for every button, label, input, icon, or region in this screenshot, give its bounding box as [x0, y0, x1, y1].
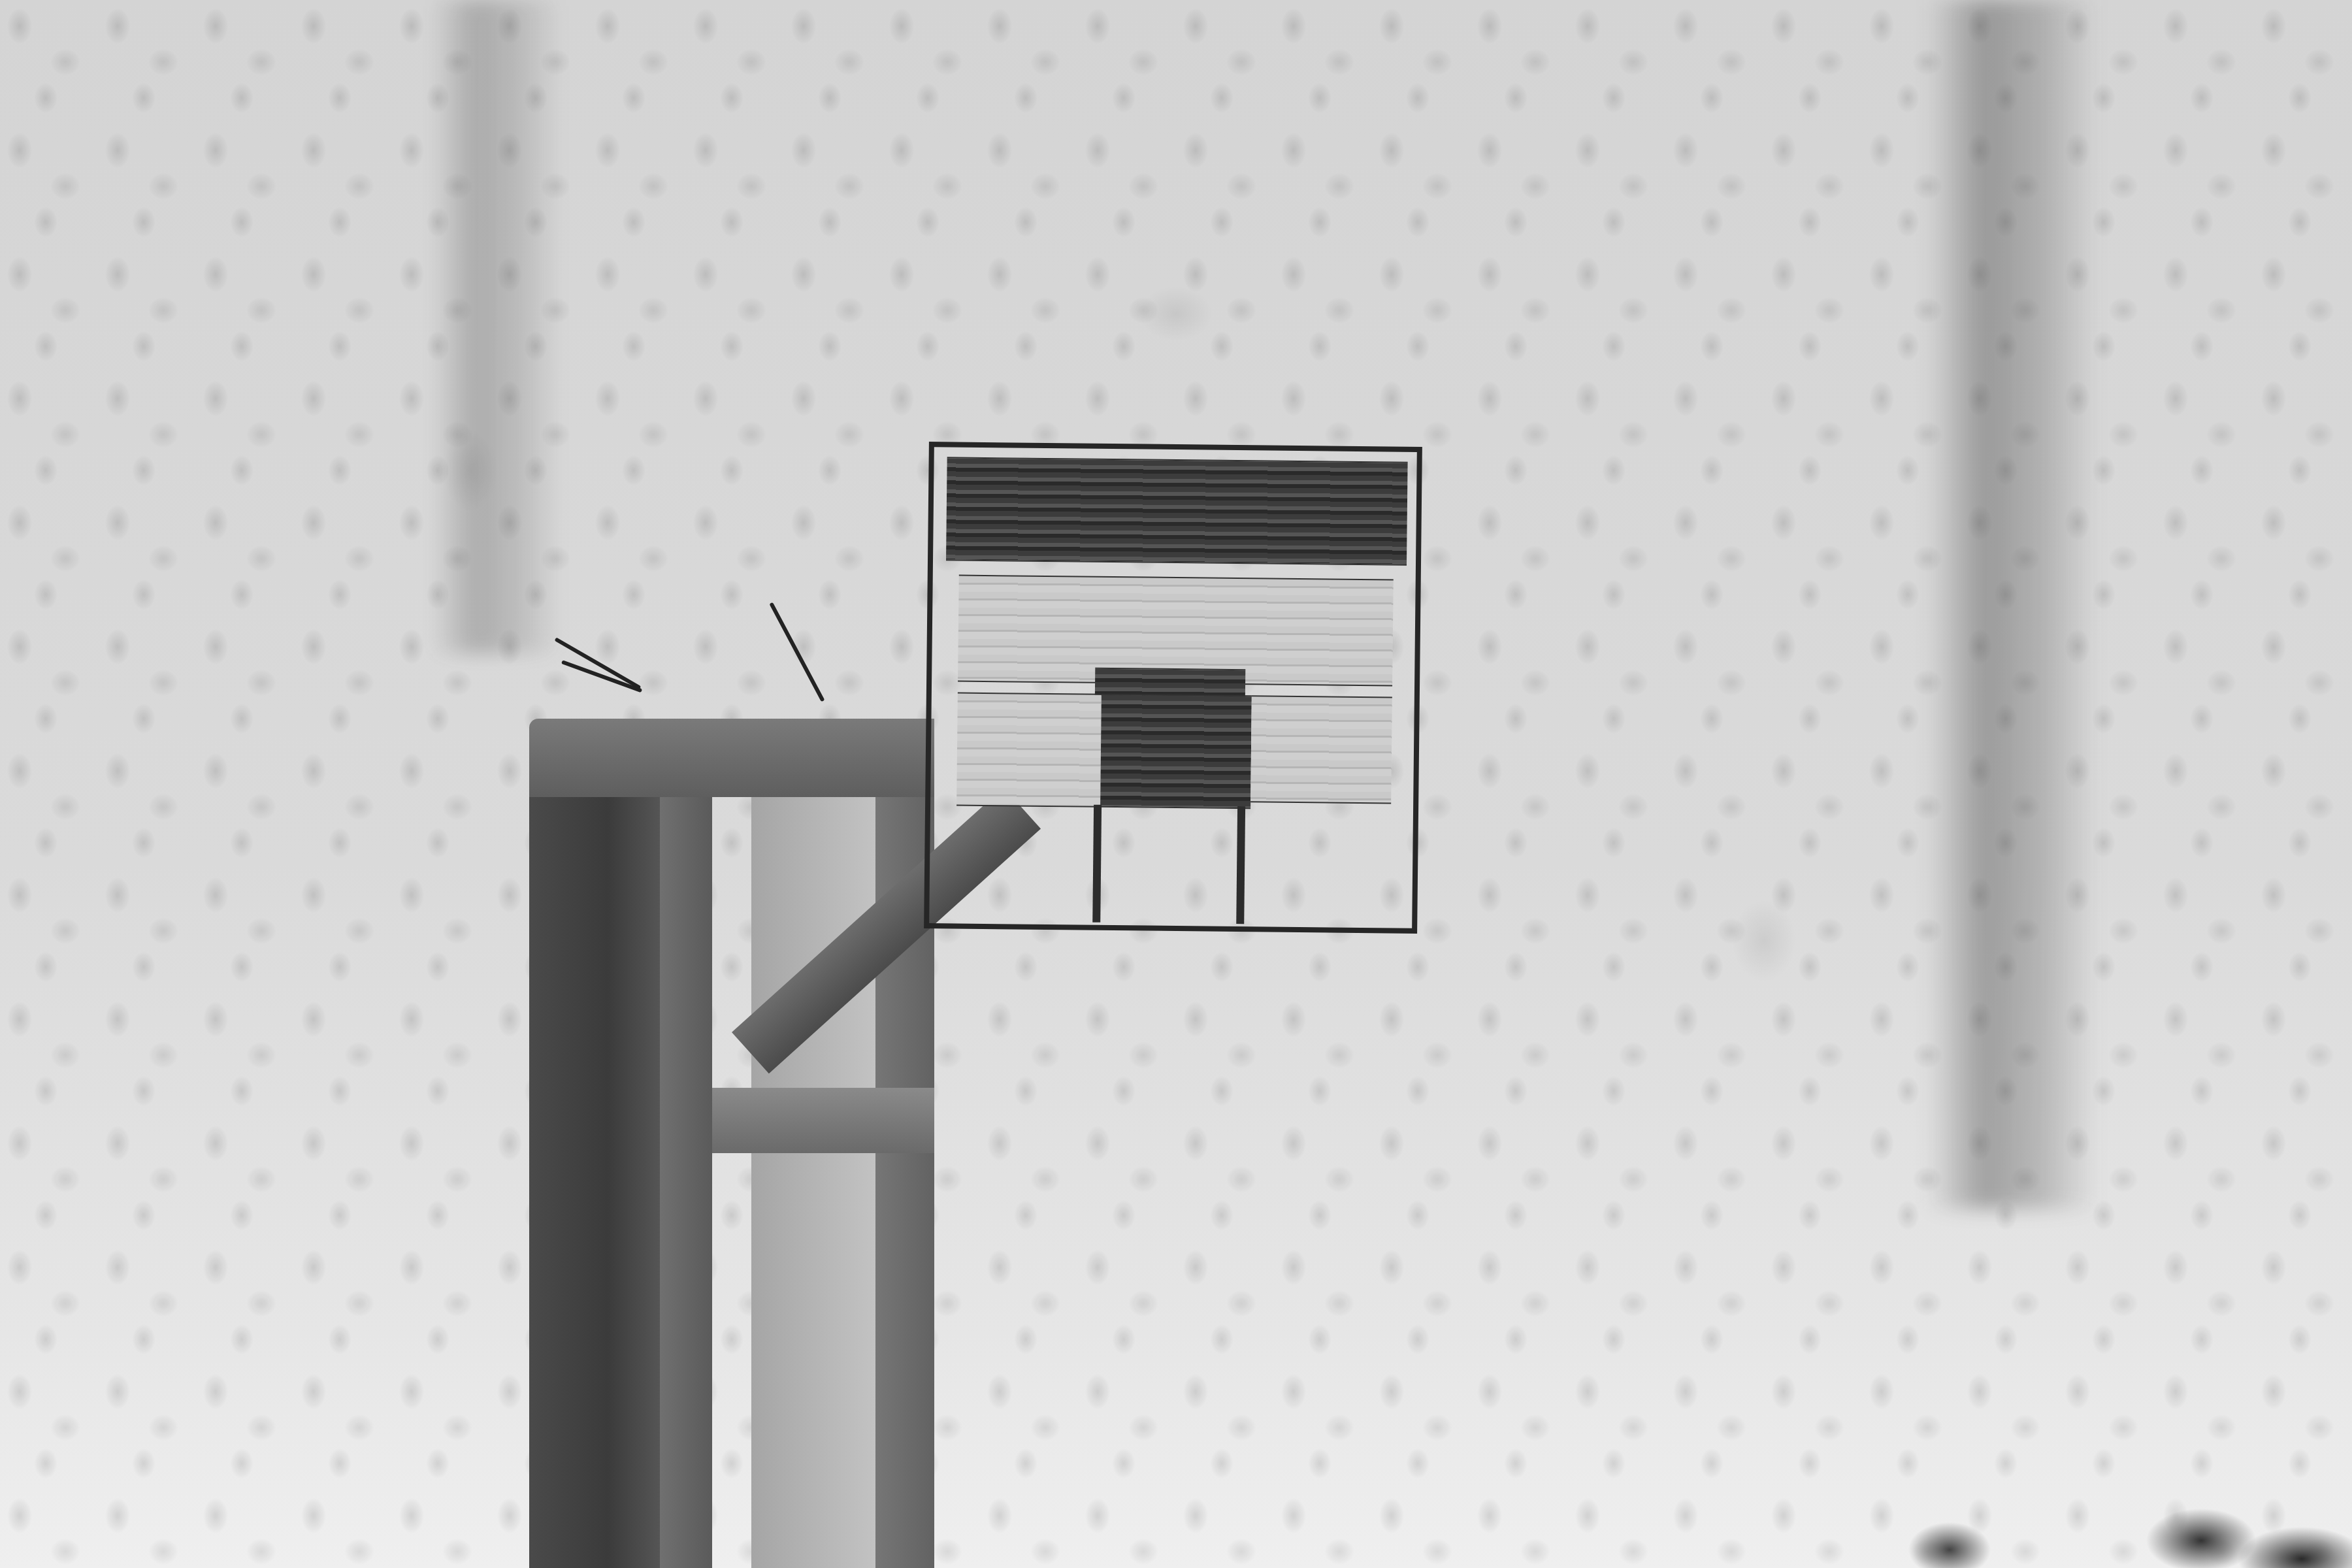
photo-scene	[0, 0, 2352, 1568]
weeds	[1849, 1477, 2352, 1568]
concrete-top-beam	[529, 719, 934, 797]
plank-bottom-center	[1100, 694, 1252, 809]
frame-rod	[1092, 805, 1102, 923]
concrete-post-left	[529, 725, 660, 1568]
wall-stain-left	[431, 0, 562, 653]
concrete-cross-beam	[712, 1088, 934, 1153]
frame-rod	[1236, 806, 1245, 924]
wall-stain-right	[1927, 0, 2097, 1209]
concrete-post-inner	[751, 797, 882, 1568]
plank-top-dark	[946, 457, 1408, 565]
plank-bottom-right	[1250, 695, 1392, 804]
plank-bottom-left	[956, 693, 1102, 808]
concrete-post-left-face	[660, 725, 712, 1568]
backboard	[924, 442, 1422, 934]
